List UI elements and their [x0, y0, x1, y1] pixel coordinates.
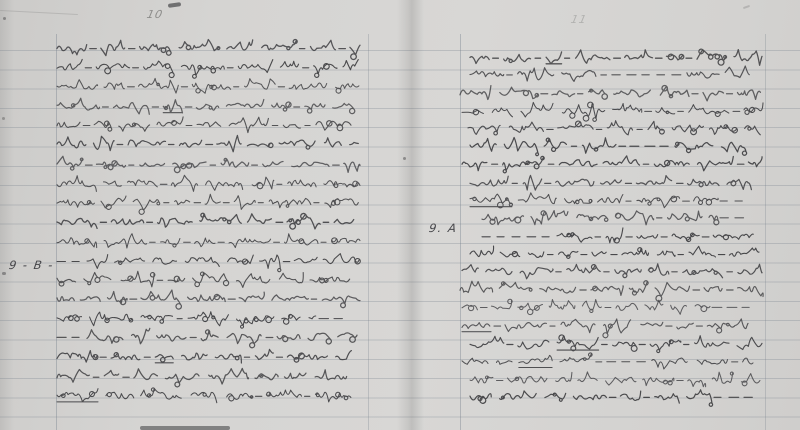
- handwritten-line: [470, 390, 752, 406]
- handwritten-line: [57, 368, 347, 386]
- handwritten-line: [57, 78, 359, 93]
- edge-speck: [3, 17, 6, 20]
- handwritten-line: [462, 353, 753, 369]
- handwritten-line: [482, 211, 744, 225]
- handwritten-line: [57, 388, 351, 403]
- bottom-smudge: [140, 426, 230, 430]
- handwritten-line: [57, 194, 358, 214]
- handwritten-line: [57, 328, 357, 347]
- handwritten-line: [57, 271, 350, 287]
- handwritten-line: [470, 372, 760, 387]
- handwritten-line: [57, 234, 360, 248]
- handwritten-line: [57, 59, 358, 78]
- handwriting-layer: [0, 0, 800, 430]
- handwritten-line: [57, 349, 351, 363]
- handwritten-line: [57, 290, 360, 309]
- edge-speck: [2, 117, 5, 120]
- handwritten-line: [470, 49, 762, 65]
- handwritten-line: [57, 40, 360, 60]
- handwritten-line: [57, 156, 360, 172]
- handwritten-line: [57, 254, 360, 272]
- handwritten-line: [462, 299, 749, 314]
- handwritten-line: [470, 193, 742, 208]
- handwritten-line: [57, 312, 342, 328]
- handwritten-line: [57, 98, 355, 114]
- manuscript-scan-sheet: 10 11 9 - B - 9. A: [0, 0, 800, 430]
- handwritten-line: [462, 319, 748, 338]
- handwritten-line: [470, 335, 762, 353]
- handwritten-line: [470, 175, 751, 190]
- handwritten-line: [470, 138, 747, 156]
- handwritten-line: [482, 228, 753, 243]
- handwritten-line: [470, 246, 759, 258]
- handwritten-line: [57, 117, 351, 133]
- handwritten-line: [57, 135, 358, 151]
- handwritten-line: [462, 156, 762, 173]
- edge-speck: [2, 272, 6, 275]
- handwritten-line: [462, 264, 762, 279]
- handwritten-line: [57, 213, 354, 229]
- handwritten-line: [470, 66, 749, 81]
- handwritten-line: [462, 102, 763, 121]
- handwritten-line: [57, 175, 360, 191]
- handwritten-line: [460, 281, 763, 301]
- handwritten-line: [468, 121, 760, 135]
- gutter-speck: [403, 157, 406, 160]
- handwritten-line: [460, 86, 760, 101]
